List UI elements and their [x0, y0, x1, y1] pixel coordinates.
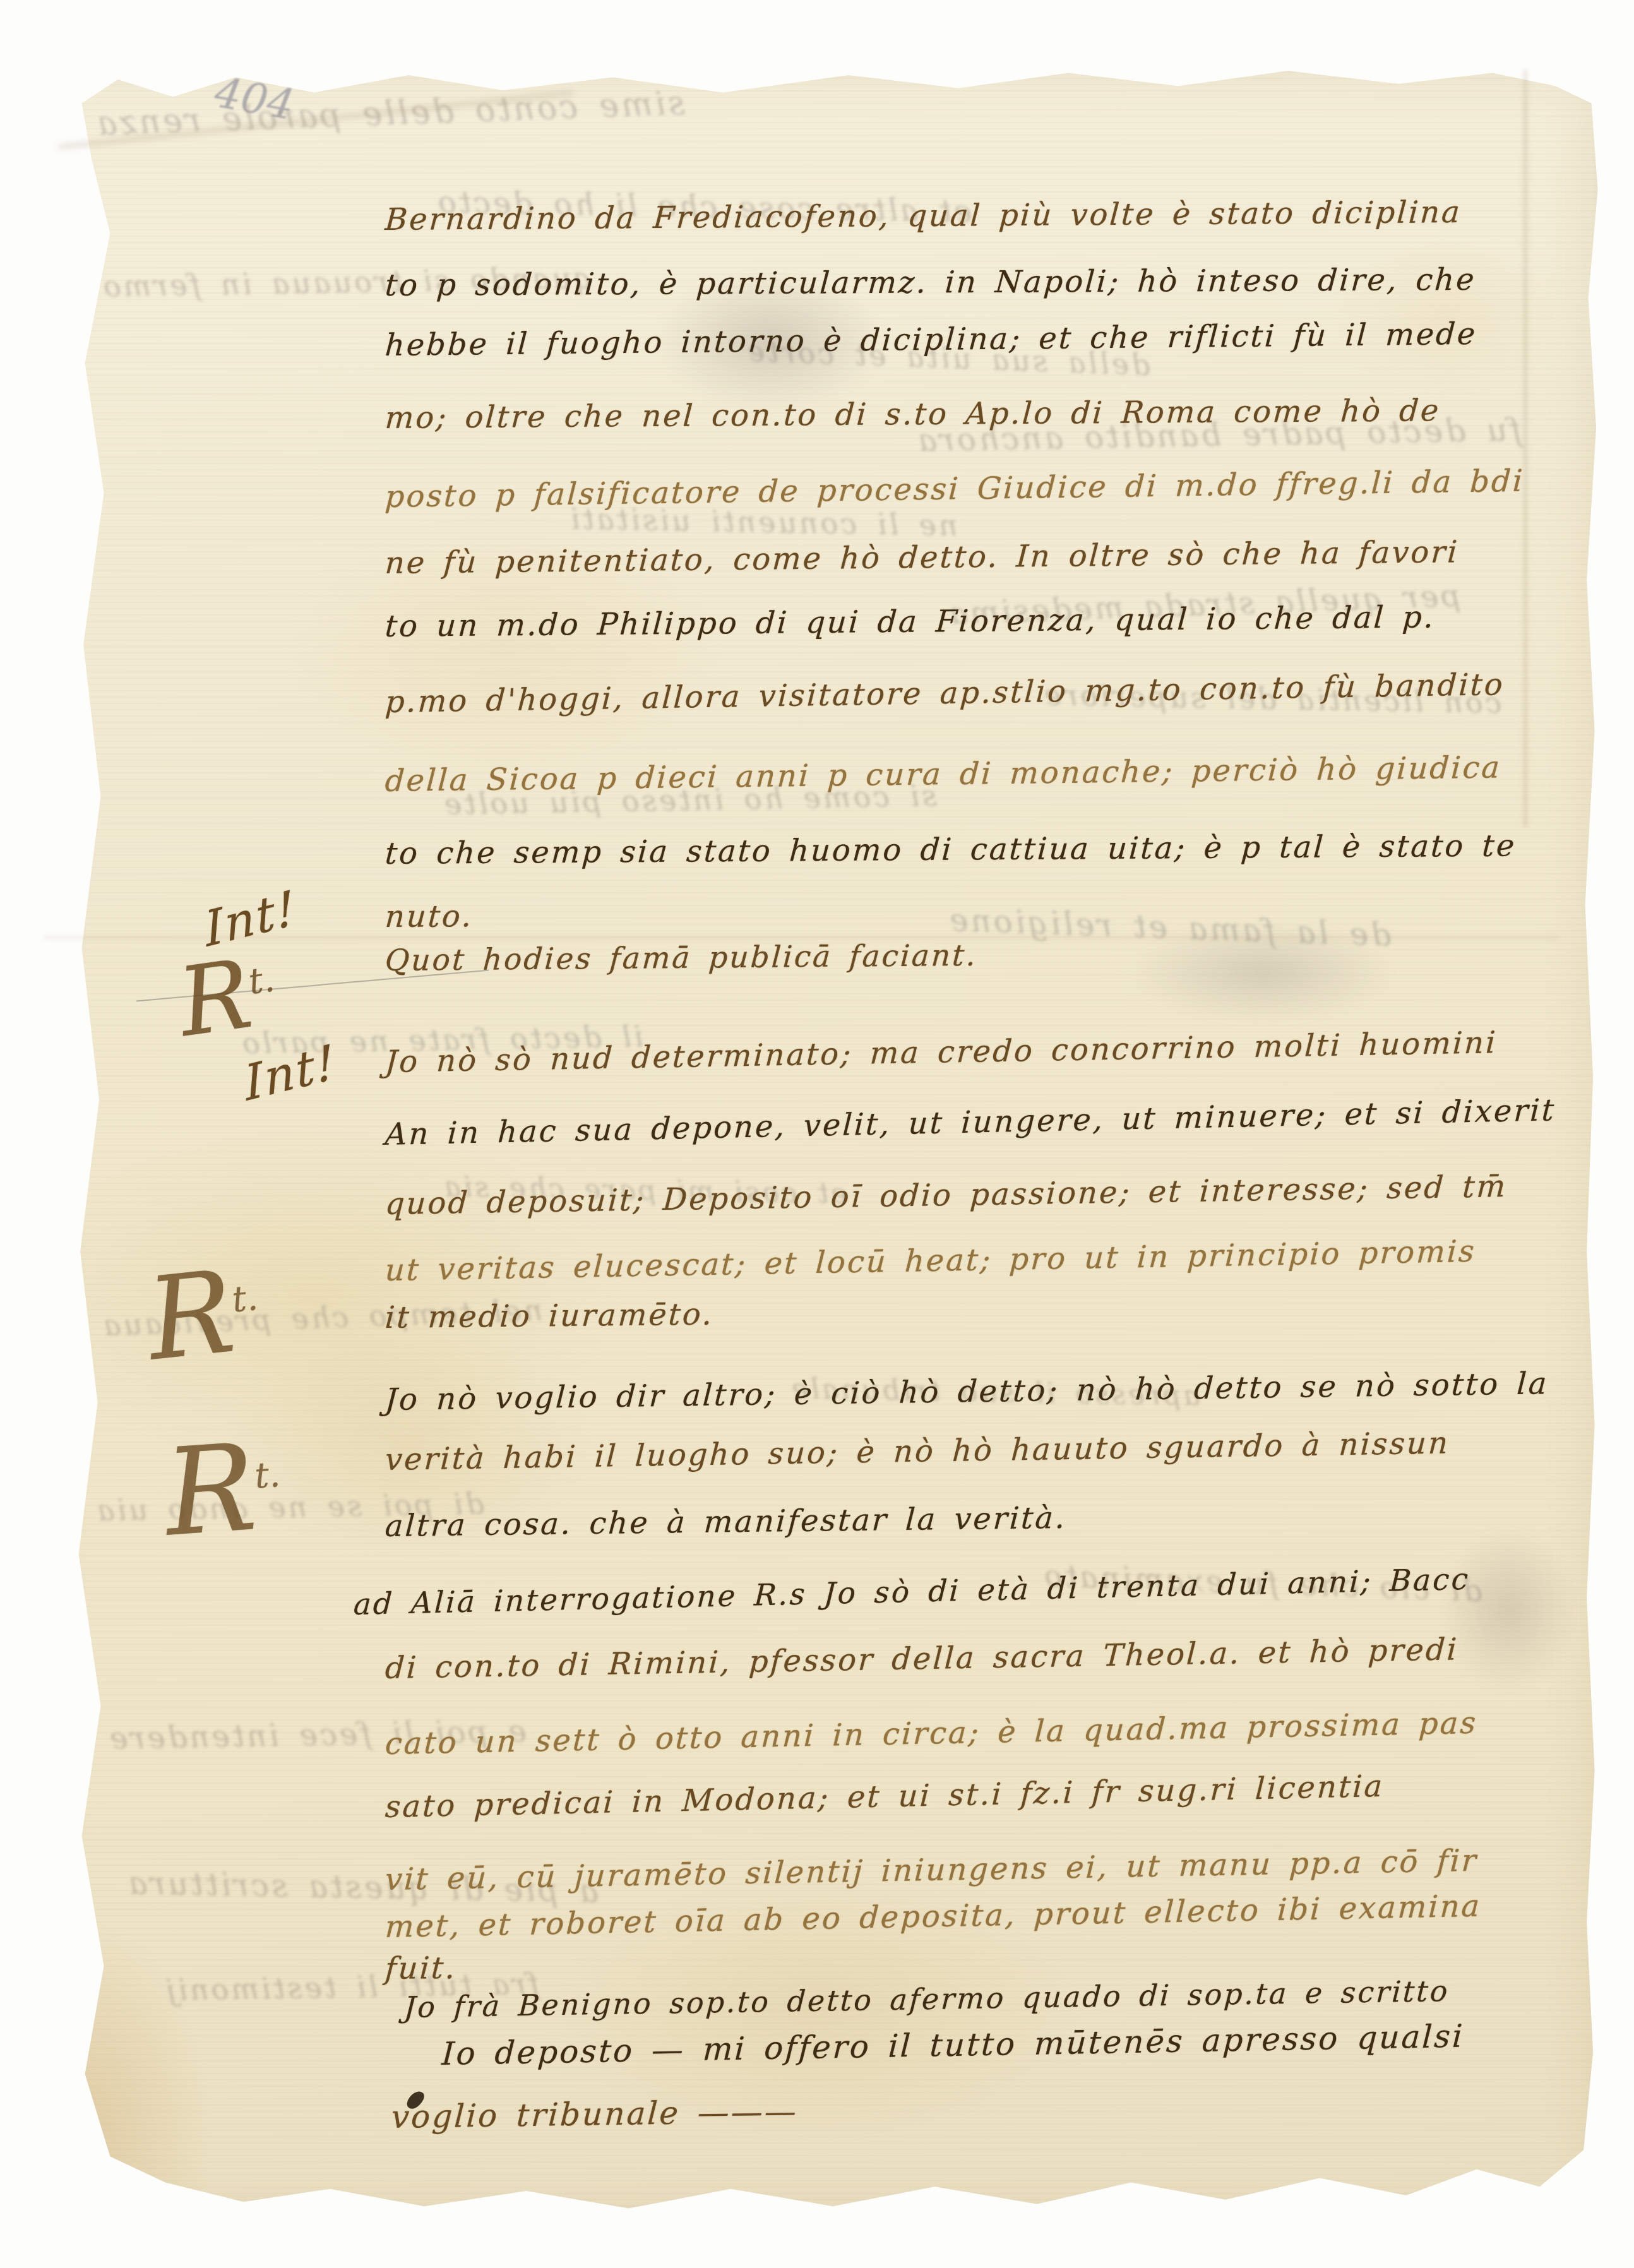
manuscript-line: nuto. — [384, 898, 474, 934]
manuscript-line: to p sodomito, è particularmz. in Napoli… — [384, 262, 1477, 303]
manuscript-line: mo; oltre che nel con.to di s.to Ap.lo d… — [384, 393, 1441, 436]
margin-mark-respondit: Rt. — [162, 1438, 285, 1541]
respondit-letter: R — [172, 940, 258, 1058]
manuscript-line: Bernardino da Frediacofeno, qual più vol… — [384, 194, 1462, 237]
respondit-superscript: t. — [253, 1454, 282, 1497]
manuscript-line: fuit. — [384, 1950, 458, 1986]
manuscript-line: it medio iuramēto. — [384, 1297, 715, 1335]
scanned-manuscript-page: 404 sime conto delle parole renza et alt… — [0, 0, 1634, 2268]
bleed-smudge — [1440, 1528, 1578, 1692]
paper-crease — [1523, 69, 1528, 827]
manuscript-line: voglio tribunale ——— — [390, 2093, 799, 2135]
respondit-superscript: t. — [230, 1277, 259, 1321]
manuscript-line: Quot hodies famā publicā faciant. — [384, 938, 978, 978]
respondit-letter: R — [141, 1246, 241, 1386]
margin-mark-respondit: Rt. — [175, 953, 281, 1041]
respondit-letter: R — [160, 1417, 260, 1563]
margin-mark-respondit: Rt. — [143, 1264, 263, 1366]
